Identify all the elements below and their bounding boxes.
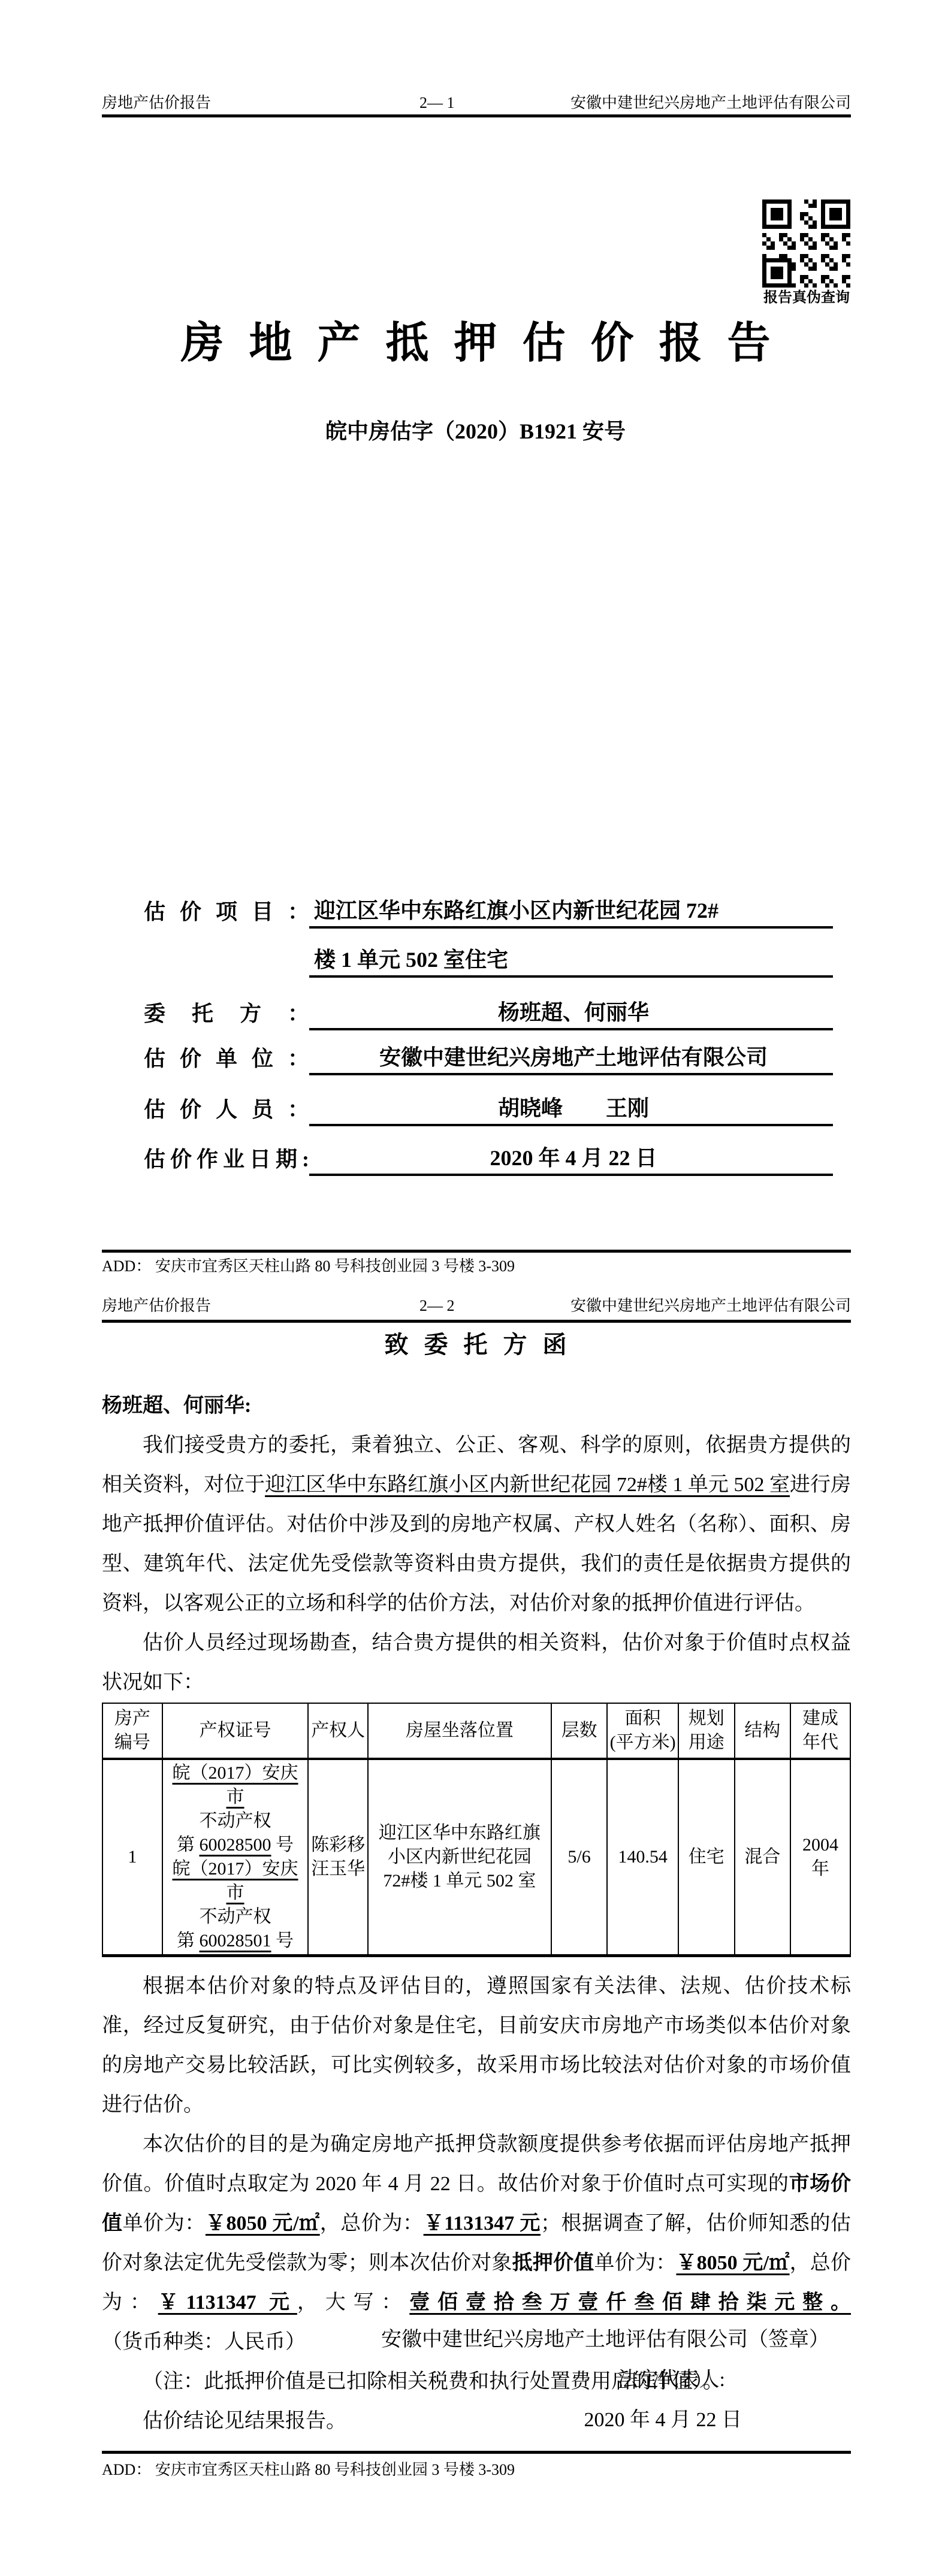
col-header-area: 面积 (平方米) (607, 1703, 678, 1759)
qr-code (762, 199, 850, 288)
footer-address-page2: ADD： 安庆市宜秀区天柱山路 80 号科技创业园 3 号楼 3-309 (102, 2459, 851, 2481)
cell-property-no: 1 (102, 1759, 162, 1956)
field-date: 估价作业日期: 2020 年 4 月 22 日 (144, 1142, 833, 1176)
cell-location: 迎江区华中东路红旗 小区内新世纪花园 72#楼 1 单元 502 室 (368, 1759, 551, 1956)
letter-body: 杨班超、何丽华: 我们接受贵方的委托，秉着独立、公正、客观、科学的原则，依据贵方… (102, 1386, 851, 2441)
page1-number: 2— 1 (419, 92, 455, 114)
letter-title: 致委托方函 (0, 1328, 951, 1362)
col-header-year: 建成 年代 (790, 1703, 850, 1759)
running-header-doc-type: 房地产估价报告 (102, 1295, 211, 1317)
field-value: 安徽中建世纪兴房地产土地评估有限公司 (309, 1042, 833, 1075)
field-label: 估价人员： (144, 1093, 309, 1126)
cell-year: 2004 年 (790, 1759, 850, 1956)
col-header-location: 房屋坐落位置 (368, 1703, 551, 1759)
col-header-cert-no: 产权证号 (162, 1703, 308, 1759)
field-value: 胡晓峰 王刚 (309, 1093, 833, 1126)
letter-salutation: 杨班超、何丽华: (102, 1386, 851, 1426)
signature-company: 安徽中建世纪兴房地产土地评估有限公司（签章） (102, 2320, 851, 2360)
property-rights-table: 房产 编号 产权证号 产权人 房屋坐落位置 层数 面积 (平方米) 规划 用途 … (102, 1703, 851, 1957)
page2-number: 2— 2 (419, 1295, 455, 1317)
table-header-row: 房产 编号 产权证号 产权人 房屋坐落位置 层数 面积 (平方米) 规划 用途 … (102, 1703, 850, 1759)
field-label: 估价项目： (144, 895, 309, 929)
footer-rule-page2 (102, 2451, 851, 2454)
field-agency: 估价单位： 安徽中建世纪兴房地产土地评估有限公司 (144, 1042, 833, 1075)
field-project-line2: 楼 1 单元 502 室住宅 (144, 944, 833, 978)
page2-running-header: 房地产估价报告 2— 2 安徽中建世纪兴房地产土地评估有限公司 (102, 1295, 851, 1317)
field-label: 委托方： (144, 997, 309, 1030)
col-header-use: 规划 用途 (678, 1703, 735, 1759)
signature-block: 安徽中建世纪兴房地产土地评估有限公司（签章） 法定代表人: 2020 年 4 月… (102, 2320, 851, 2440)
field-value: 杨班超、何丽华 (309, 997, 833, 1030)
qr-caption: 报告真伪查询 (748, 289, 865, 307)
running-header-company: 安徽中建世纪兴房地产土地评估有限公司 (570, 92, 851, 114)
cell-owner: 陈彩移 汪玉华 (308, 1759, 368, 1956)
letter-paragraph-3: 根据本估价对象的特点及评估目的，遵照国家有关法律、法规、估价技术标准，经过反复研… (102, 1967, 851, 2125)
cell-use: 住宅 (678, 1759, 735, 1956)
cell-floors: 5/6 (551, 1759, 608, 1956)
letter-paragraph-1: 我们接受贵方的委托，秉着独立、公正、客观、科学的原则，依据贵方提供的相关资料，对… (102, 1426, 851, 1623)
cell-cert-no: 皖（2017）安庆市 不动产权 第 60028500 号 皖（2017）安庆市 … (162, 1759, 308, 1956)
header-rule-page1 (102, 114, 851, 117)
report-title: 房地产抵押估价报告 (0, 316, 951, 370)
cell-area: 140.54 (607, 1759, 678, 1956)
field-value: 楼 1 单元 502 室住宅 (309, 944, 833, 978)
cell-structure: 混合 (735, 1759, 791, 1956)
field-value: 迎江区华中东路红旗小区内新世纪花园 72# (309, 895, 833, 929)
page1-running-header: 房地产估价报告 2— 1 安徽中建世纪兴房地产土地评估有限公司 (102, 92, 851, 114)
running-header-doc-type: 房地产估价报告 (102, 92, 211, 114)
field-project-line1: 估价项目： 迎江区华中东路红旗小区内新世纪花园 72# (144, 895, 833, 929)
field-value: 2020 年 4 月 22 日 (309, 1142, 833, 1176)
running-header-company: 安徽中建世纪兴房地产土地评估有限公司 (570, 1295, 851, 1317)
footer-rule-page1 (102, 1250, 851, 1253)
col-header-owner: 产权人 (308, 1703, 368, 1759)
field-label: 估价单位： (144, 1042, 309, 1075)
field-appraisers: 估价人员： 胡晓峰 王刚 (144, 1093, 833, 1126)
table-row: 1 皖（2017）安庆市 不动产权 第 60028500 号 皖（2017）安庆… (102, 1759, 850, 1956)
report-document: 房地产估价报告 2— 1 安徽中建世纪兴房地产土地评估有限公司 报告真伪查询 房… (0, 0, 951, 2576)
signature-legal-rep: 法定代表人: (102, 2360, 851, 2400)
col-header-property-no: 房产 编号 (102, 1703, 162, 1759)
signature-date: 2020 年 4 月 22 日 (102, 2400, 851, 2440)
col-header-floors: 层数 (551, 1703, 608, 1759)
letter-paragraph-2: 估价人员经过现场勘查，结合贵方提供的相关资料，估价对象于价值时点权益状况如下： (102, 1623, 851, 1703)
report-number: 皖中房估字（2020）B1921 安号 (0, 416, 951, 446)
footer-address-page1: ADD： 安庆市宜秀区天柱山路 80 号科技创业园 3 号楼 3-309 (102, 1256, 851, 1277)
field-label: 估价作业日期: (144, 1142, 309, 1176)
col-header-structure: 结构 (735, 1703, 791, 1759)
field-label (144, 944, 309, 978)
field-client: 委托方： 杨班超、何丽华 (144, 997, 833, 1030)
header-rule-page2 (102, 1320, 851, 1323)
